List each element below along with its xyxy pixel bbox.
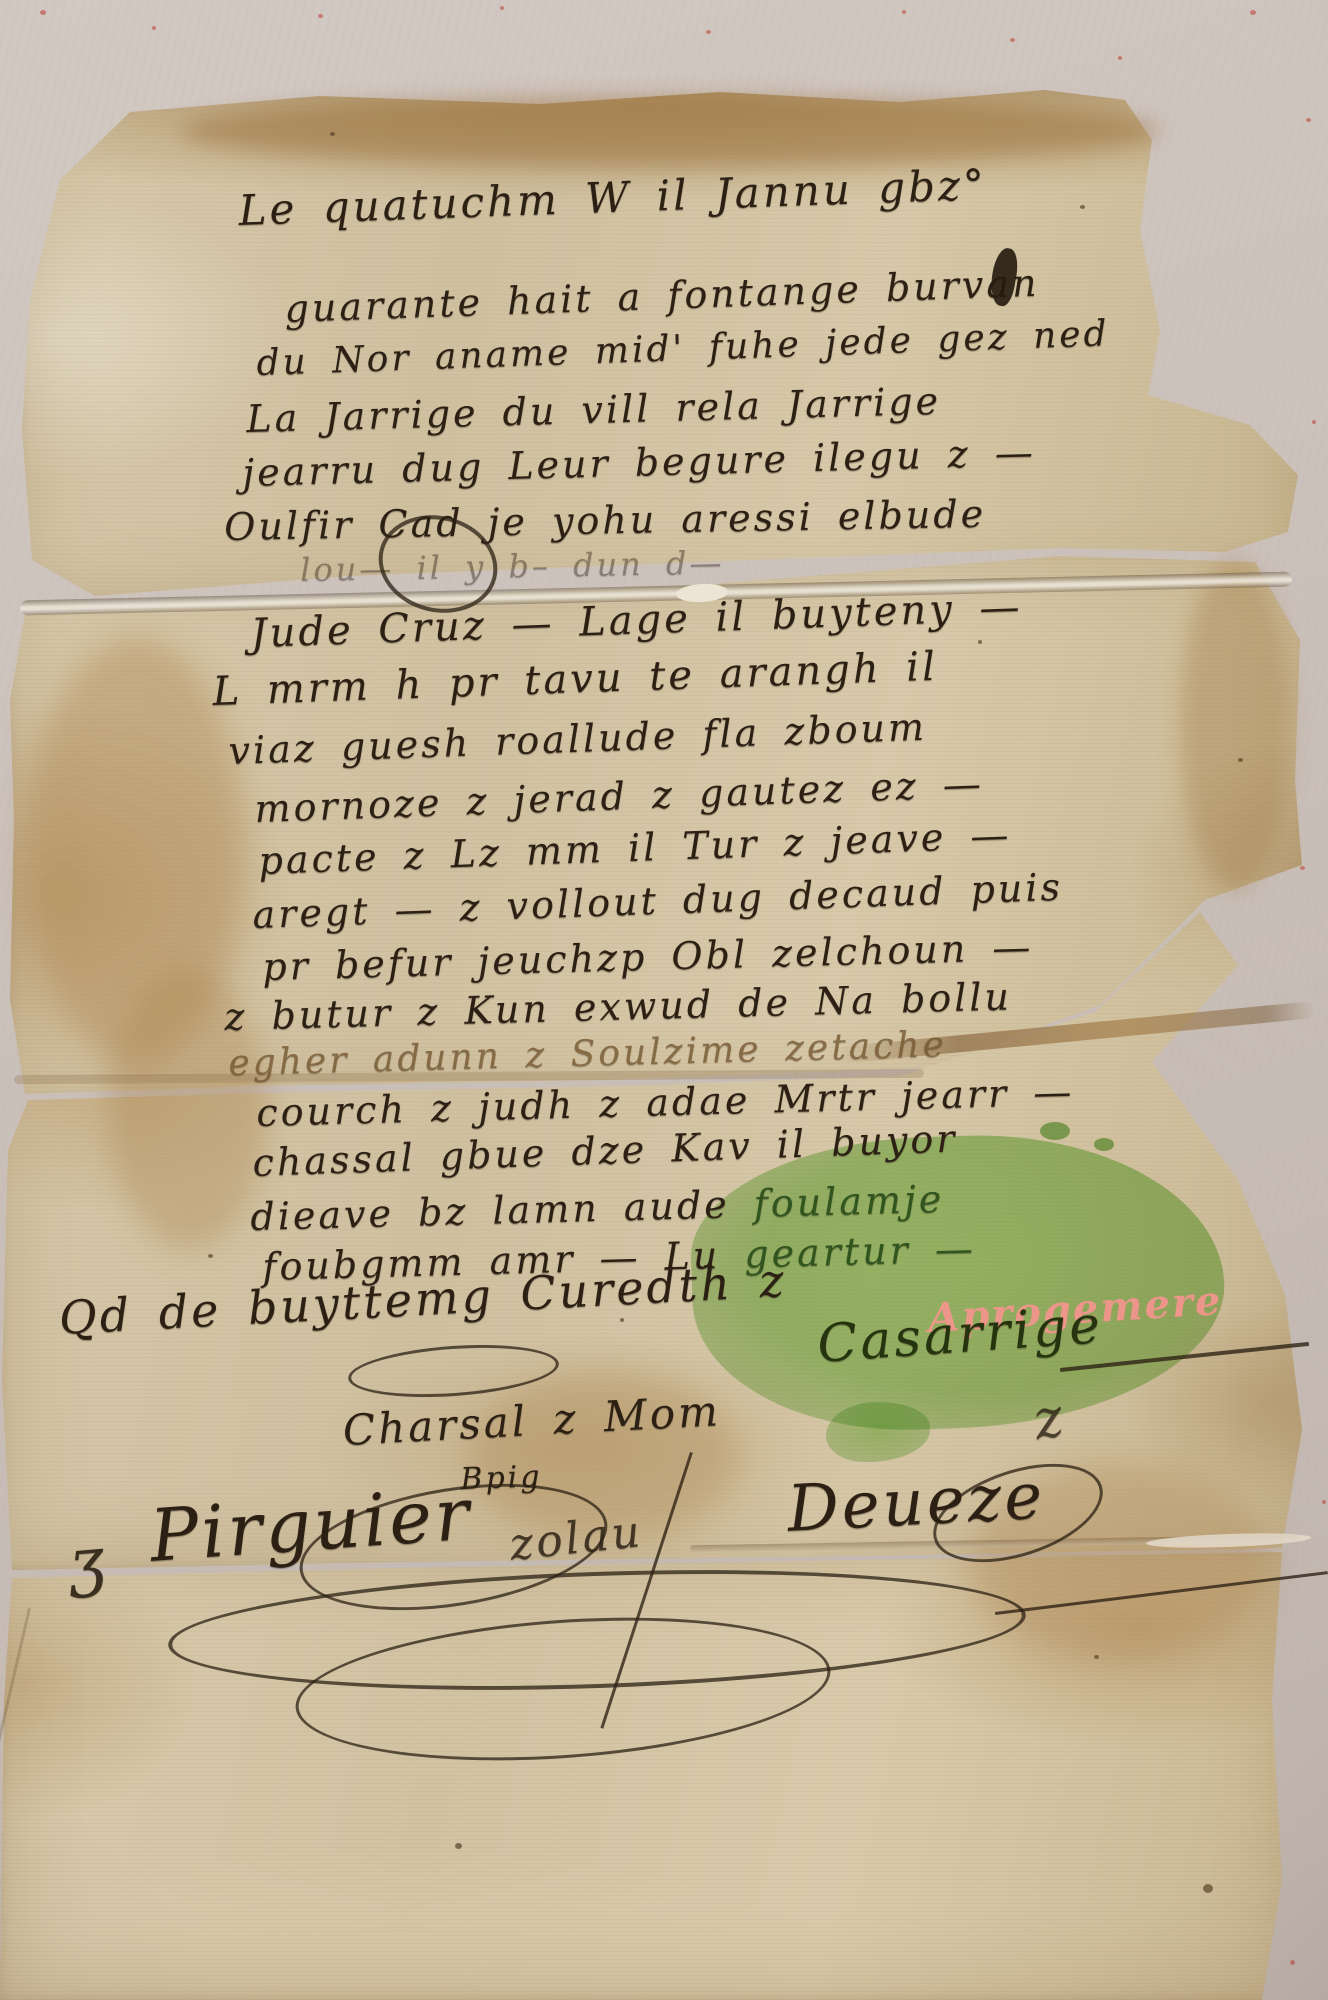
ink-speck (1080, 205, 1085, 209)
stain (1180, 560, 1290, 890)
manuscript-line: Oulfir Cad je yohu aressi elbude (224, 497, 986, 544)
ink-speck (978, 640, 982, 644)
manuscript-photo: Aprogemere Le quatuchm W il Jannu gbz°gu… (0, 0, 1328, 2000)
ink-speck (455, 1843, 462, 1849)
backing-speck (1118, 56, 1122, 60)
backing-speck (1300, 866, 1305, 870)
backing-speck (318, 14, 323, 18)
ink-speck (1094, 1655, 1099, 1659)
backing-speck (40, 10, 46, 15)
ink-speck (208, 1254, 213, 1258)
stamp-dot (1040, 1122, 1070, 1140)
stain (180, 96, 1160, 166)
backing-speck (1306, 118, 1311, 122)
ink-speck (330, 132, 335, 136)
backing-speck (1010, 38, 1015, 42)
ink-speck (620, 1318, 624, 1322)
ink-speck (1238, 758, 1243, 762)
stamp-dot (1094, 1138, 1114, 1151)
ink-segment: foulamje (753, 1177, 945, 1226)
backing-speck (1250, 10, 1256, 15)
backing-speck (500, 6, 504, 10)
backing-speck (706, 30, 711, 34)
backing-speck (1322, 1500, 1326, 1504)
backing-speck (902, 10, 906, 14)
ink-segment: ʒ (65, 1524, 110, 1601)
ink-segment: lou— il y b– dun d— (300, 544, 725, 589)
flourish-mark-line: ʒ (66, 1533, 110, 1594)
backing-speck (1312, 420, 1316, 424)
backing-speck (1290, 1960, 1295, 1965)
backing-speck (152, 26, 156, 30)
ink-speck (1203, 1884, 1213, 1893)
manuscript-line: lou— il y b– dun d— (300, 549, 725, 585)
